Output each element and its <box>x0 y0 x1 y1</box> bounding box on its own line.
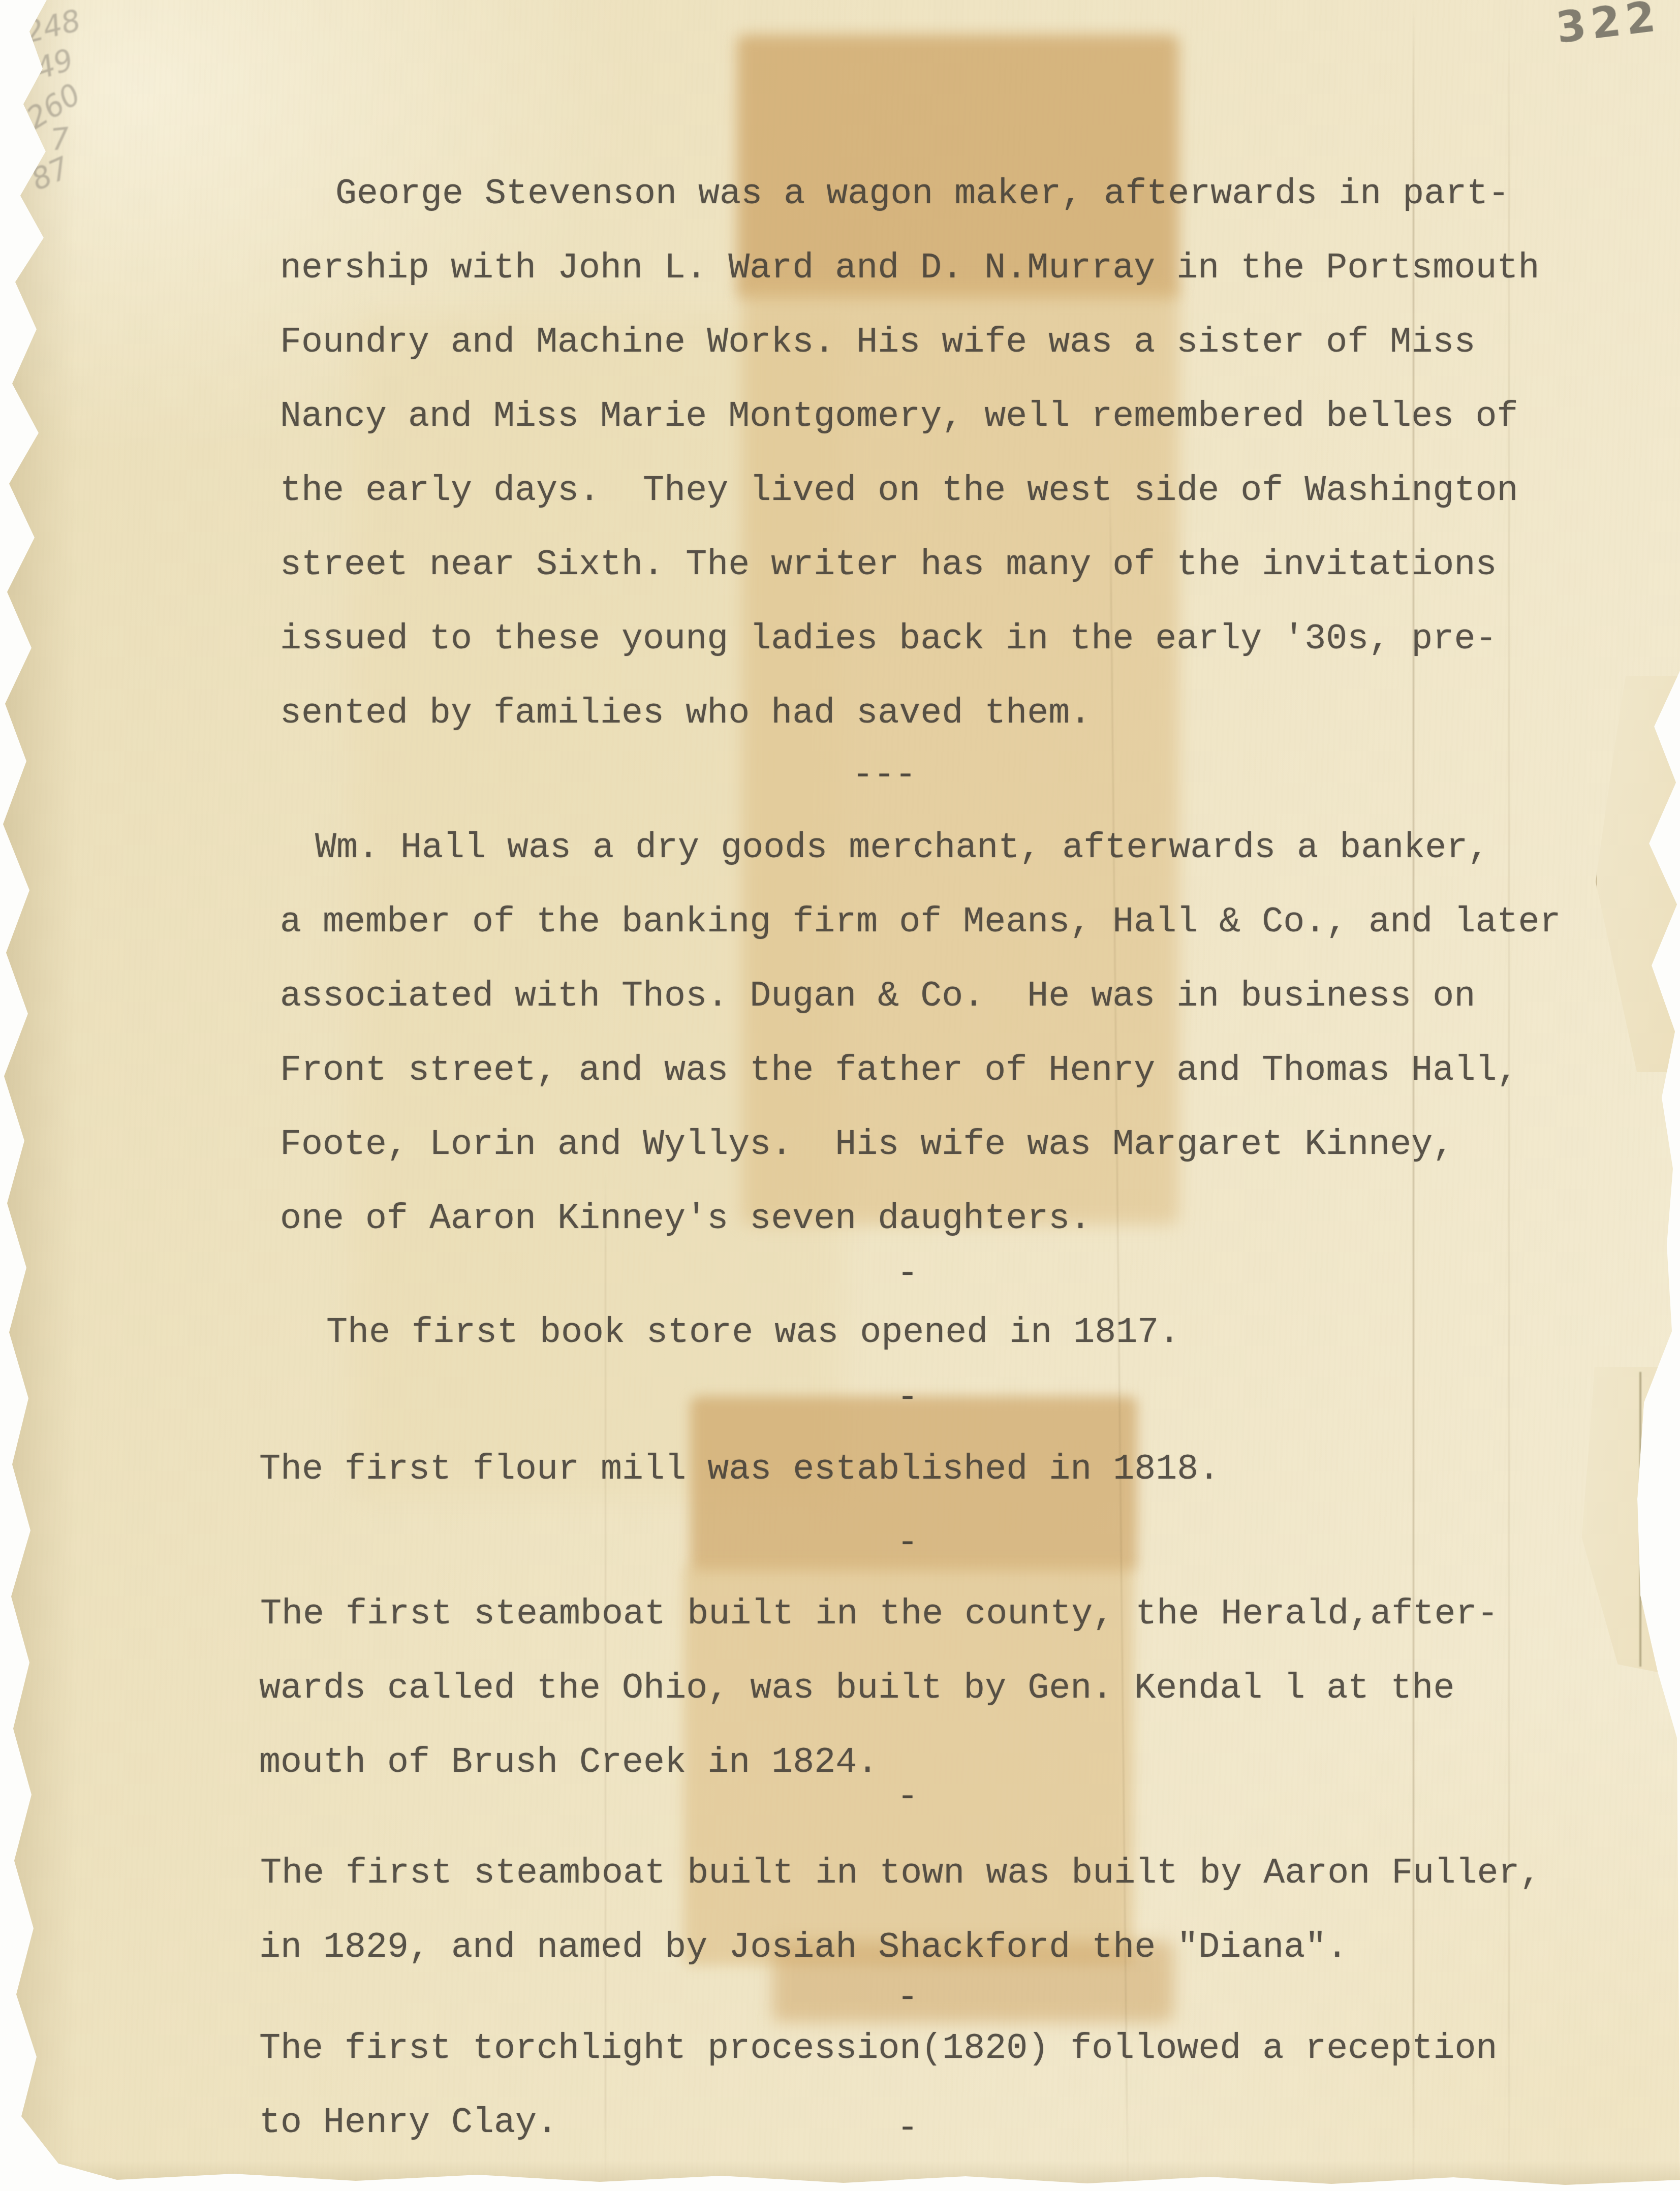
section-divider: - <box>897 1979 918 2017</box>
typewritten-text-layer: George Stevenson was a wagon maker, afte… <box>0 0 1680 2191</box>
section-divider: --- <box>852 757 916 795</box>
typed-line: The first book store was opened in 1817. <box>326 1314 1180 1352</box>
typed-line: Front street, and was the father of Henr… <box>280 1052 1518 1090</box>
typed-line: The first torchlight procession(1820) fo… <box>259 2030 1497 2068</box>
typed-line: mouth of Brush Creek in 1824. <box>259 1744 878 1782</box>
typed-line: associated with Thos. Dugan & Co. He was… <box>280 978 1475 1016</box>
section-divider: - <box>897 1255 918 1293</box>
typed-line: in 1829, and named by Josiah Shackford t… <box>259 1929 1348 1967</box>
section-divider: - <box>897 1524 918 1562</box>
typed-line: Nancy and Miss Marie Montgomery, well re… <box>280 398 1518 436</box>
typed-line: wards called the Ohio, was built by Gen.… <box>259 1670 1454 1708</box>
typed-line: sented by families who had saved them. <box>280 695 1091 733</box>
typed-line: The first flour mill was established in … <box>259 1451 1220 1489</box>
section-divider: - <box>897 1379 918 1417</box>
section-divider: - <box>897 2110 918 2148</box>
pink-mark <box>1 2132 12 2169</box>
typed-line: The first steamboat built in the county,… <box>260 1595 1498 1634</box>
typed-line: street near Sixth. The writer has many o… <box>280 546 1497 584</box>
typed-line: a member of the banking firm of Means, H… <box>280 903 1561 942</box>
typed-line: George Stevenson was a wagon maker, afte… <box>335 175 1509 213</box>
typed-line: issued to these young ladies back in the… <box>280 620 1497 659</box>
typed-line: the early days. They lived on the west s… <box>280 472 1518 510</box>
typed-line: Foote, Lorin and Wyllys. His wife was Ma… <box>280 1126 1454 1164</box>
paper-sheet: George Stevenson was a wagon maker, afte… <box>0 0 1680 2191</box>
typed-line: Foundry and Machine Works. His wife was … <box>280 324 1475 362</box>
section-divider: - <box>897 1778 918 1817</box>
typed-line: Wm. Hall was a dry goods merchant, after… <box>315 829 1489 867</box>
typed-line: The first steamboat built in town was bu… <box>260 1855 1541 1893</box>
typed-line: one of Aaron Kinney's seven daughters. <box>280 1200 1091 1238</box>
typed-line: nership with John L. Ward and D. N.Murra… <box>280 249 1539 288</box>
scanned-document-page: George Stevenson was a wagon maker, afte… <box>0 0 1680 2191</box>
typed-line: to Henry Clay. <box>259 2104 558 2142</box>
